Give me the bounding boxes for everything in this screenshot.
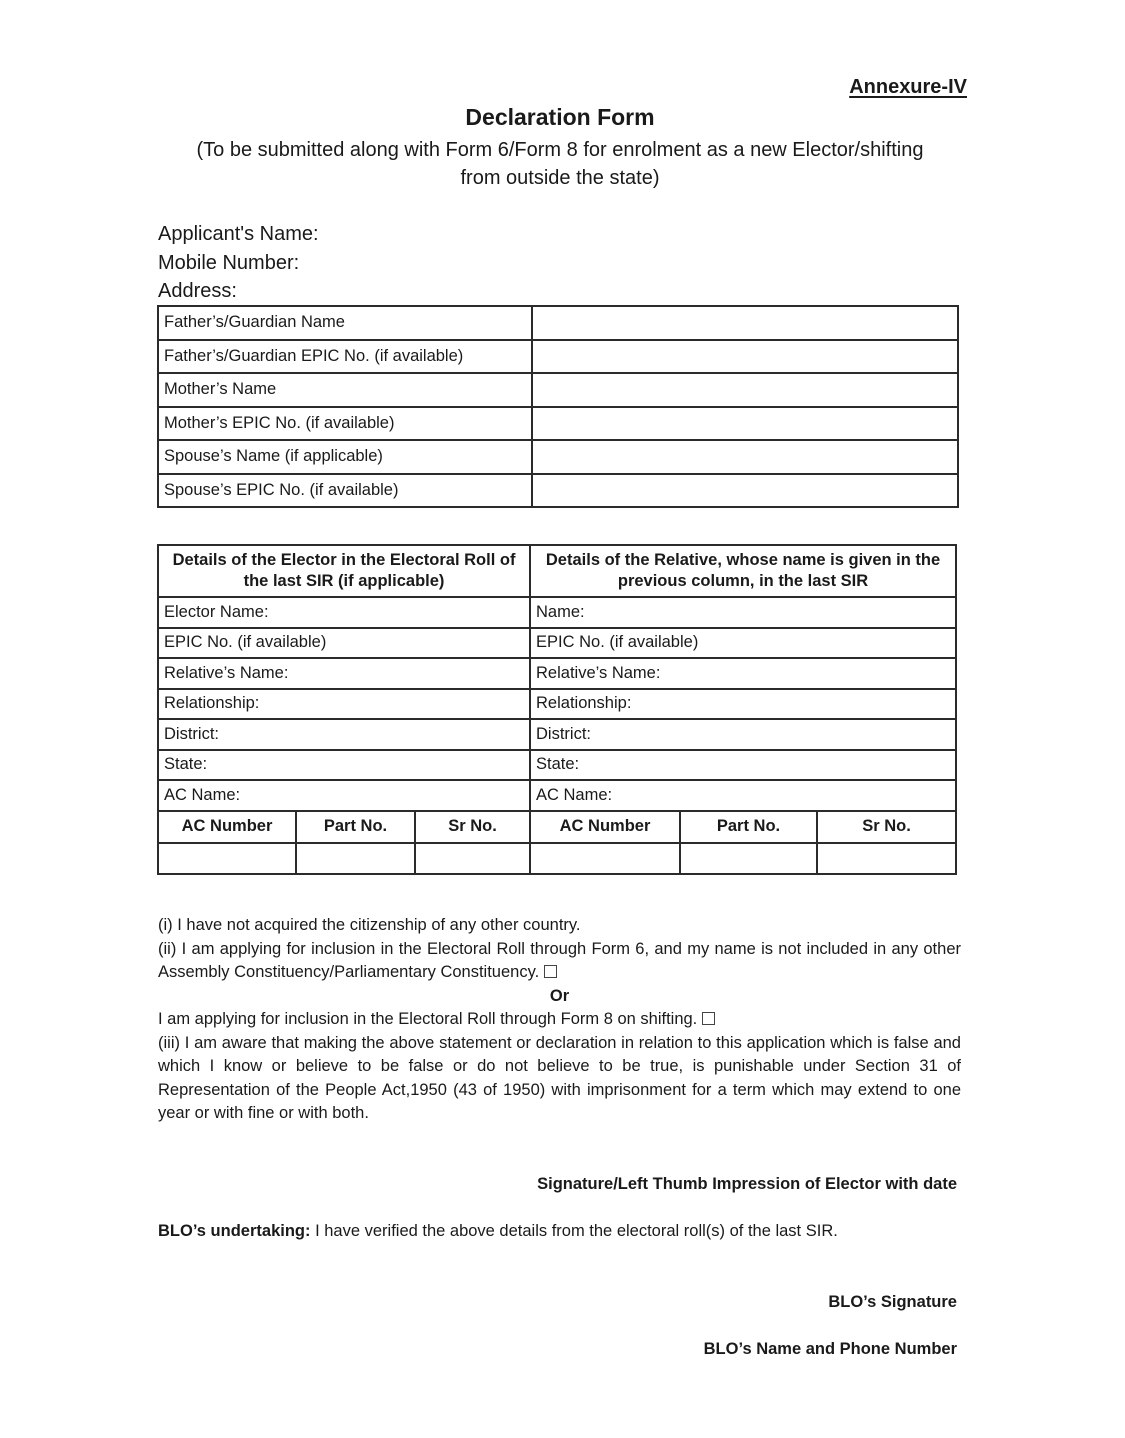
table-row: Spouse’s EPIC No. (if available)	[158, 474, 958, 508]
row-label: Mother’s Name	[158, 373, 532, 407]
subtitle-line-1: (To be submitted along with Form 6/Form …	[160, 136, 960, 164]
declarations: (i) I have not acquired the citizenship …	[158, 914, 961, 1126]
blo-undertaking-text: I have verified the above details from t…	[310, 1222, 837, 1240]
relative-sr-no-input[interactable]	[817, 843, 956, 874]
elector-state-field[interactable]: State:	[158, 750, 530, 781]
sir-details-table: Details of the Elector in the Electoral …	[157, 544, 957, 875]
relative-relative-name-field[interactable]: Relative’s Name:	[530, 658, 956, 689]
page-title: Declaration Form	[0, 104, 1120, 131]
declaration-item-2: (ii) I am applying for inclusion in the …	[158, 938, 961, 985]
declaration-item-3: (iii) I am aware that making the above s…	[158, 1032, 961, 1126]
elector-column-header: Details of the Elector in the Electoral …	[158, 545, 530, 597]
relative-sr-no-header: Sr No.	[817, 811, 956, 843]
row-label: Father’s/Guardian Name	[158, 306, 532, 340]
relative-district-field[interactable]: District:	[530, 719, 956, 750]
declaration-item-2-alt-text: I am applying for inclusion in the Elect…	[158, 1010, 697, 1028]
table-row: Father’s/Guardian Name	[158, 306, 958, 340]
blo-undertaking: BLO’s undertaking: I have verified the a…	[158, 1222, 838, 1241]
form6-checkbox[interactable]	[544, 965, 557, 978]
elector-ac-number-input[interactable]	[158, 843, 296, 874]
applicant-name-field[interactable]: Applicant's Name:	[158, 220, 319, 249]
table-row: AC Name:AC Name:	[158, 780, 956, 811]
relative-ac-name-field[interactable]: AC Name:	[530, 780, 956, 811]
relative-part-no-input[interactable]	[680, 843, 817, 874]
page-subtitle: (To be submitted along with Form 6/Form …	[160, 136, 960, 192]
family-details-table: Father’s/Guardian Name Father’s/Guardian…	[157, 305, 959, 508]
elector-relative-name-field[interactable]: Relative’s Name:	[158, 658, 530, 689]
relative-state-field[interactable]: State:	[530, 750, 956, 781]
table-row: Father’s/Guardian EPIC No. (if available…	[158, 340, 958, 374]
applicant-details: Applicant's Name: Mobile Number: Address…	[158, 220, 319, 306]
elector-sr-no-header: Sr No.	[415, 811, 530, 843]
declaration-item-2-text: (ii) I am applying for inclusion in the …	[158, 940, 961, 982]
table-header-row: Details of the Elector in the Electoral …	[158, 545, 956, 597]
subtitle-line-2: from outside the state)	[160, 164, 960, 192]
father-name-input[interactable]	[532, 306, 958, 340]
row-label: Mother’s EPIC No. (if available)	[158, 407, 532, 441]
annexure-label: Annexure-IV	[849, 76, 967, 99]
spouse-epic-input[interactable]	[532, 474, 958, 508]
table-row: Relationship:Relationship:	[158, 689, 956, 720]
relative-epic-field[interactable]: EPIC No. (if available)	[530, 628, 956, 659]
declaration-item-2-alt: I am applying for inclusion in the Elect…	[158, 1008, 961, 1032]
elector-ac-name-field[interactable]: AC Name:	[158, 780, 530, 811]
elector-epic-field[interactable]: EPIC No. (if available)	[158, 628, 530, 659]
table-row: Mother’s Name	[158, 373, 958, 407]
elector-part-no-header: Part No.	[296, 811, 415, 843]
table-row: EPIC No. (if available)EPIC No. (if avai…	[158, 628, 956, 659]
elector-name-field[interactable]: Elector Name:	[158, 597, 530, 628]
table-row: Elector Name:Name:	[158, 597, 956, 628]
elector-sr-no-input[interactable]	[415, 843, 530, 874]
relative-ac-number-input[interactable]	[530, 843, 680, 874]
table-row: District:District:	[158, 719, 956, 750]
relative-relationship-field[interactable]: Relationship:	[530, 689, 956, 720]
elector-ac-number-header: AC Number	[158, 811, 296, 843]
table-row: Relative’s Name:Relative’s Name:	[158, 658, 956, 689]
table-row: Spouse’s Name (if applicable)	[158, 440, 958, 474]
row-label: Father’s/Guardian EPIC No. (if available…	[158, 340, 532, 374]
mother-name-input[interactable]	[532, 373, 958, 407]
elector-part-no-input[interactable]	[296, 843, 415, 874]
blo-signature-label: BLO’s Signature	[828, 1293, 957, 1312]
mobile-number-field[interactable]: Mobile Number:	[158, 249, 319, 278]
spouse-name-input[interactable]	[532, 440, 958, 474]
relative-column-header: Details of the Relative, whose name is g…	[530, 545, 956, 597]
or-separator: Or	[158, 985, 961, 1009]
table-row: Mother’s EPIC No. (if available)	[158, 407, 958, 441]
relative-part-no-header: Part No.	[680, 811, 817, 843]
blo-undertaking-label: BLO’s undertaking:	[158, 1222, 310, 1240]
elector-signature-label: Signature/Left Thumb Impression of Elect…	[537, 1175, 957, 1194]
relative-name-field[interactable]: Name:	[530, 597, 956, 628]
elector-relationship-field[interactable]: Relationship:	[158, 689, 530, 720]
relative-ac-number-header: AC Number	[530, 811, 680, 843]
row-label: Spouse’s Name (if applicable)	[158, 440, 532, 474]
mother-epic-input[interactable]	[532, 407, 958, 441]
elector-district-field[interactable]: District:	[158, 719, 530, 750]
declaration-item-1: (i) I have not acquired the citizenship …	[158, 914, 961, 938]
address-field[interactable]: Address:	[158, 277, 319, 306]
table-subheader-row: AC Number Part No. Sr No. AC Number Part…	[158, 811, 956, 843]
table-row: State:State:	[158, 750, 956, 781]
form8-checkbox[interactable]	[702, 1012, 715, 1025]
row-label: Spouse’s EPIC No. (if available)	[158, 474, 532, 508]
blo-name-phone-label: BLO’s Name and Phone Number	[704, 1340, 957, 1359]
father-epic-input[interactable]	[532, 340, 958, 374]
table-row	[158, 843, 956, 874]
